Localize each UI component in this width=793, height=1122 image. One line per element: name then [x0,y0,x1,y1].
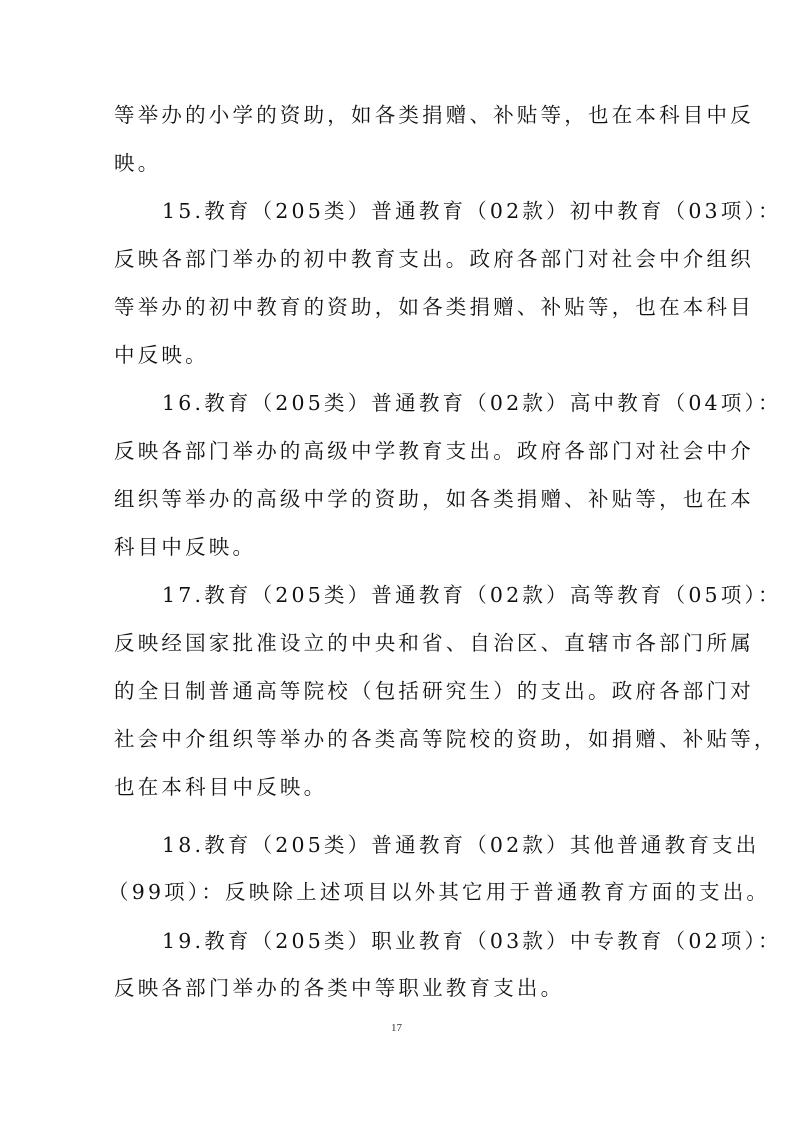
item-16-heading: 16.教育（205类）普通教育（02款）高中教育（04项）： [162,390,782,416]
paragraph-line: 也在本科目中反映。 [114,774,327,800]
item-17-heading: 17.教育（205类）普通教育（02款）高等教育（05项）： [162,582,782,608]
paragraph-line: 反映各部门举办的各类中等职业教育支出。 [114,975,564,1001]
item-15-heading: 15.教育（205类）普通教育（02款）初中教育（03项）： [162,198,782,224]
paragraph-line: 中反映。 [114,342,209,368]
paragraph-line: 反映各部门举办的高级中学教育支出。政府各部门对社会中介 [114,438,754,464]
document-page: 等举办的小学的资助，如各类捐赠、补贴等，也在本科目中反 映。 15.教育（205… [0,0,793,1122]
paragraph-line: 社会中介组织等举办的各类高等院校的资助，如捐赠、补贴等， [114,726,778,752]
page-number: 17 [0,1022,793,1034]
paragraph-line: 等举办的初中教育的资助，如各类捐赠、补贴等，也在本科目 [114,294,754,320]
paragraph-line: （99项）：反映除上述项目以外其它用于普通教育方面的支出。 [108,879,770,905]
item-19-heading: 19.教育（205类）职业教育（03款）中专教育（02项）： [162,928,782,954]
paragraph-line: 反映各部门举办的初中教育支出。政府各部门对社会中介组织 [114,246,754,272]
paragraph-line: 科目中反映。 [114,534,256,560]
paragraph-line: 的全日制普通高等院校（包括研究生）的支出。政府各部门对 [114,678,754,704]
paragraph-line: 映。 [114,150,161,176]
paragraph-line: 组织等举办的高级中学的资助，如各类捐赠、补贴等，也在本 [114,486,754,512]
paragraph-line: 等举办的小学的资助，如各类捐赠、补贴等，也在本科目中反 [114,102,754,128]
item-18-heading: 18.教育（205类）普通教育（02款）其他普通教育支出 [162,832,759,858]
paragraph-line: 反映经国家批准设立的中央和省、自治区、直辖市各部门所属 [114,630,754,656]
